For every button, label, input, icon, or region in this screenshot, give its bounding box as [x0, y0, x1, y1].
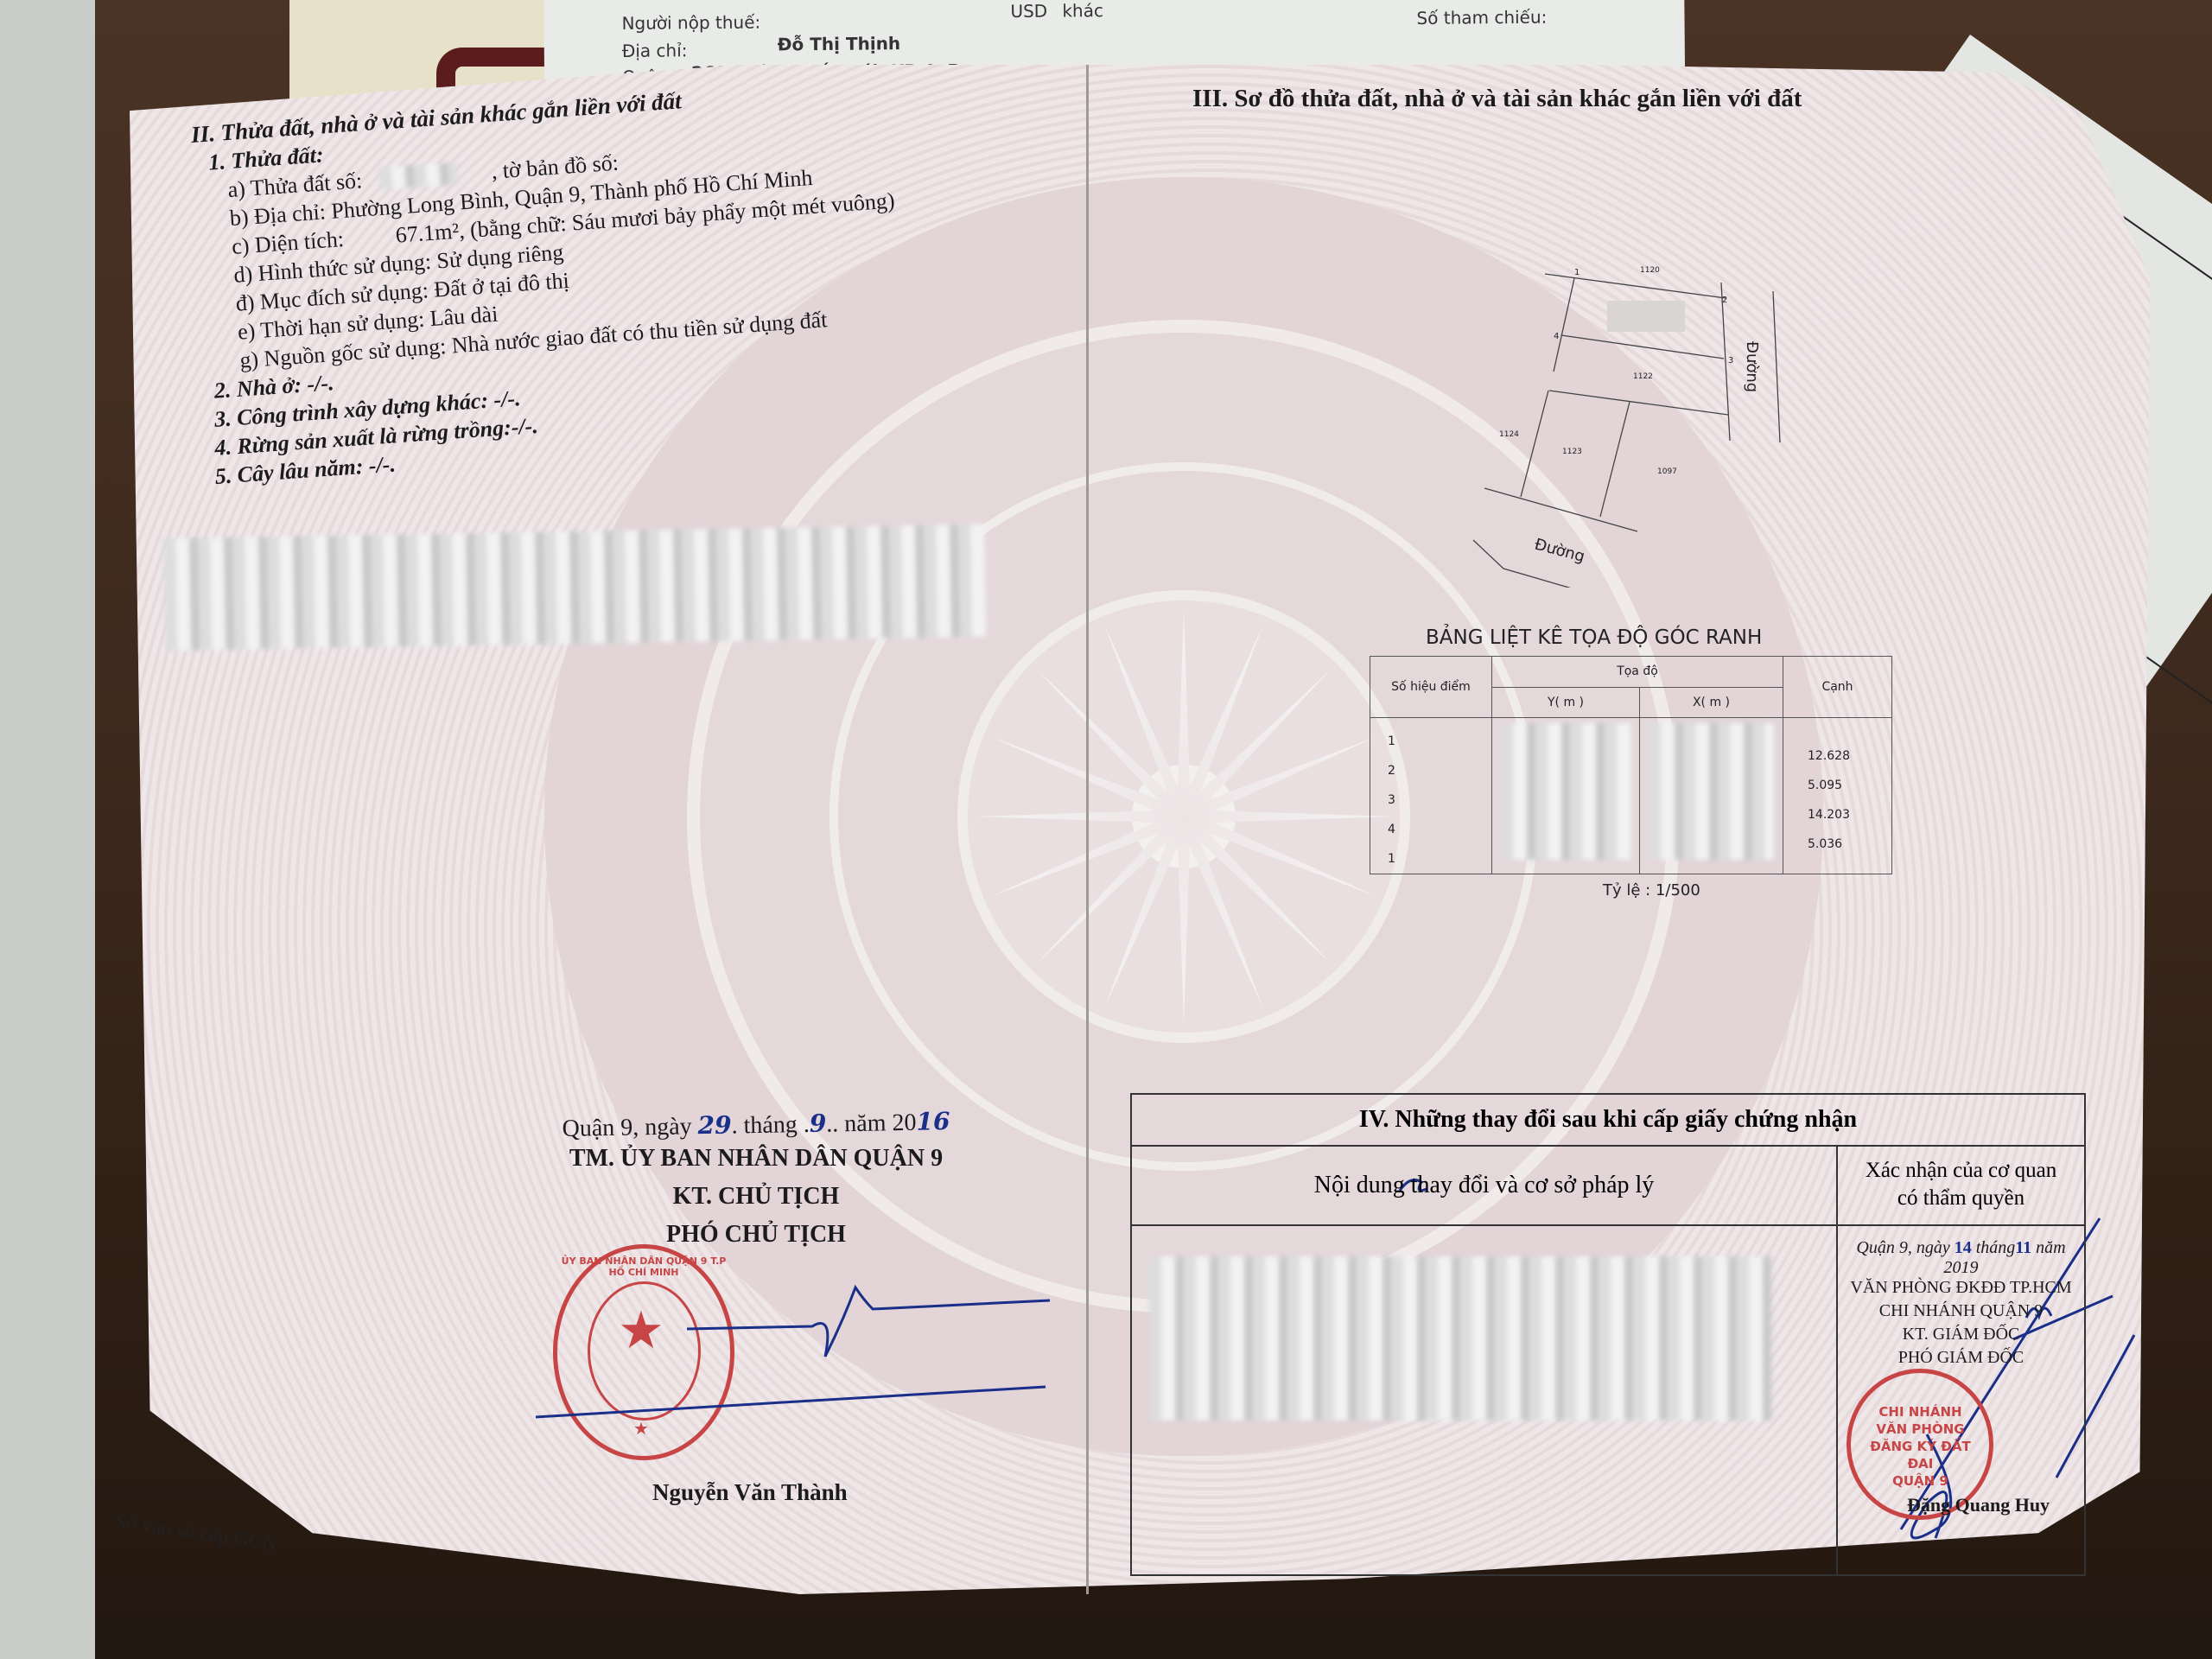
signature-block-left: Quận 9, ngày 29. tháng .9.. năm 2016 TM.…	[518, 1110, 994, 1254]
edge-length: 14.203	[1808, 800, 1891, 829]
edge-length: 5.095	[1808, 771, 1891, 800]
confirm-month: 11	[2015, 1238, 2031, 1257]
redacted-parcel-label	[1607, 301, 1685, 332]
point-list: 12341	[1370, 718, 1491, 874]
road-label-right: Đường	[1743, 341, 1761, 392]
sign-month: 9	[809, 1109, 826, 1138]
parcel-label-1097: 1097	[1657, 467, 1677, 476]
point-label-4: 4	[1554, 332, 1559, 341]
redacted-x-values	[1649, 723, 1774, 860]
edge-length: 12.628	[1808, 741, 1891, 771]
point-number: 1	[1388, 727, 1491, 756]
center-fold	[1086, 65, 1089, 1594]
seal-text: ỦY BAN NHÂN DÂN QUẬN 9 T.P HỒ CHÍ MINH	[557, 1255, 730, 1278]
sign-year-label: năm 20	[844, 1109, 917, 1137]
redacted-parcel-no	[378, 162, 458, 190]
seal-right-text: CHI NHÁNHVĂN PHÒNGĐĂNG KÝ ĐẤT ĐAIQUẬN 9	[1866, 1403, 1974, 1490]
signer-name-right: Đặng Quang Huy	[1907, 1494, 2050, 1516]
taxpayer-label: Người nộp thuế:	[621, 12, 760, 34]
point-label-3: 3	[1728, 356, 1733, 365]
taxpayer-value: Đỗ Thị Thịnh	[778, 33, 901, 54]
col-confirmation-line-1: Xác nhận của cơ quan	[1838, 1157, 2084, 1185]
col-edge: Cạnh	[1783, 657, 1892, 718]
point-number: 1	[1388, 844, 1491, 874]
section-ii: II. Thửa đất, nhà ở và tài sản khác gắn …	[190, 73, 912, 491]
col-y: Y( m )	[1492, 687, 1640, 718]
col-change-content: Nội dung thay đổi và cơ sở pháp lý	[1132, 1147, 1838, 1224]
currency-usd-label: USD	[1010, 1, 1047, 22]
confirm-date-prefix: Quận 9, ngày	[1856, 1238, 1949, 1257]
reference-label: Số tham chiếu:	[1416, 7, 1547, 29]
redacted-y-values	[1501, 723, 1630, 860]
confirm-role-2: PHÓ GIÁM ĐỐC	[1838, 1348, 2084, 1368]
section-iv-title: IV. Những thay đổi sau khi cấp giấy chứn…	[1132, 1095, 2084, 1147]
sign-year-suffix: 16	[916, 1107, 950, 1136]
point-number: 4	[1388, 815, 1491, 844]
issuing-org: TM. ỦY BAN NHÂN DÂN QUẬN 9	[518, 1140, 994, 1178]
parcel-label-1120: 1120	[1640, 266, 1660, 275]
road-label-bottom: Đường	[1533, 536, 1587, 567]
confirm-branch: CHI NHÁNH QUẬN 9	[1838, 1301, 2084, 1321]
national-emblem-icon: ★	[618, 1300, 664, 1361]
edge-list: 12.6285.09514.2035.036	[1783, 718, 1891, 859]
section-iii-title: III. Sơ đồ thửa đất, nhà ở và tài sản kh…	[1192, 85, 1802, 113]
confirm-day: 14	[1955, 1238, 1972, 1257]
official-seal-left: ★ ỦY BAN NHÂN DÂN QUẬN 9 T.P HỒ CHÍ MINH…	[553, 1244, 734, 1460]
wall-background	[0, 0, 95, 1659]
section-iv-table: IV. Những thay đổi sau khi cấp giấy chứn…	[1130, 1093, 2086, 1576]
confirmation-block: Quận 9, ngày 14 tháng11 năm 2019 VĂN PHÒ…	[1838, 1226, 2084, 1576]
coordinate-table-title: BẢNG LIỆT KÊ TỌA ĐỘ GÓC RANH	[1426, 626, 1892, 649]
term-value: Lâu dài	[429, 302, 499, 331]
confirm-office: VĂN PHÒNG ĐKĐĐ TP.HCM	[1838, 1278, 2084, 1298]
coordinate-table: BẢNG LIỆT KÊ TỌA ĐỘ GÓC RANH Số hiệu điể…	[1370, 626, 1892, 899]
confirm-role-1: KT. GIÁM ĐỐC	[1838, 1325, 2084, 1344]
redacted-change-content	[1149, 1256, 1771, 1421]
parcel-label-1122: 1122	[1633, 372, 1653, 381]
parcel-label-1124: 1124	[1499, 430, 1519, 439]
sign-month-label: tháng	[743, 1111, 798, 1139]
map-scale: Tỷ lệ : 1/500	[1603, 881, 1892, 899]
col-confirmation: Xác nhận của cơ quan có thẩm quyền	[1838, 1147, 2084, 1224]
point-number: 3	[1388, 785, 1491, 815]
point-number: 2	[1388, 756, 1491, 785]
col-point: Số hiệu điểm	[1370, 657, 1492, 718]
sign-day: 29	[697, 1110, 732, 1140]
col-coord: Tọa độ	[1492, 657, 1783, 688]
parcel-label-1123: 1123	[1562, 448, 1582, 456]
edge-length: 5.036	[1808, 829, 1891, 859]
point-label-1: 1	[1574, 268, 1580, 277]
sign-date-prefix: Quận 9, ngày	[562, 1113, 692, 1142]
parcel-diagram: 1 2 3 4 1120 1122 1124 1123 1097 Đường Đ…	[1426, 242, 1858, 588]
currency-other-label: khác	[1062, 0, 1103, 21]
col-x: X( m )	[1640, 687, 1783, 718]
confirm-month-label: tháng	[1976, 1238, 2016, 1257]
redacted-block-owner	[163, 524, 986, 652]
signer-name-left: Nguyễn Văn Thành	[652, 1479, 848, 1506]
col-confirmation-line-2: có thẩm quyền	[1838, 1185, 2084, 1212]
address-label: Địa chỉ:	[622, 40, 688, 61]
signer-role-2: PHÓ CHỦ TỊCH	[518, 1216, 994, 1254]
point-label-2: 2	[1722, 296, 1727, 305]
signer-role-1: KT. CHỦ TỊCH	[518, 1178, 994, 1216]
